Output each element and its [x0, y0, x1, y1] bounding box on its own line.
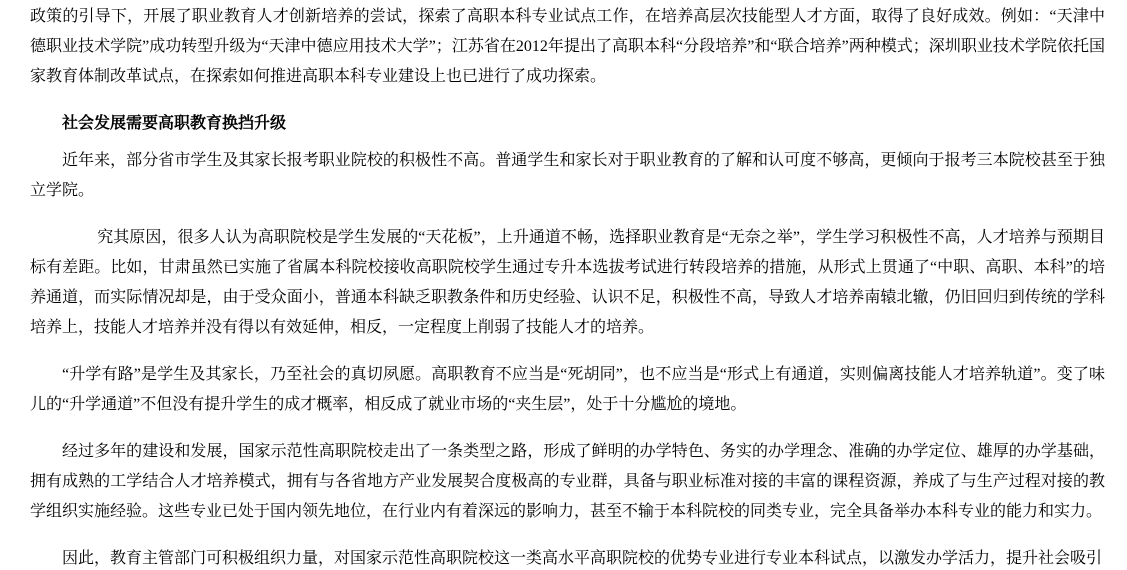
section-heading: 社会发展需要高职教育换挡升级: [30, 109, 1105, 139]
document-page: 政策的引导下，开展了职业教育人才创新培养的尝试，探索了高职本科专业试点工作，在培…: [0, 0, 1127, 570]
paragraph-model-colleges-strength: 经过多年的建设和发展，国家示范性高职院校走出了一条类型之路，形成了鲜明的办学特色…: [30, 437, 1105, 527]
paragraph-advancement-path: “升学有路”是学生及其家长，乃至社会的真切夙愿。高职教育不应当是“死胡同”，也不…: [30, 360, 1105, 420]
paragraph-root-causes: 究其原因，很多人认为高职院校是学生发展的“天花板”，上升通道不畅，选择职业教育是…: [30, 223, 1105, 343]
paragraph-policy-pilot-intro: 政策的引导下，开展了职业教育人才创新培养的尝试，探索了高职本科专业试点工作，在培…: [30, 2, 1105, 92]
paragraph-enrollment-enthusiasm: 近年来，部分省市学生及其家长报考职业院校的积极性不高。普通学生和家长对于职业教育…: [30, 146, 1105, 206]
paragraph-pilot-suggestion: 因此，教育主管部门可积极组织力量，对国家示范性高职院校这一类高水平高职院校的优势…: [30, 544, 1105, 570]
